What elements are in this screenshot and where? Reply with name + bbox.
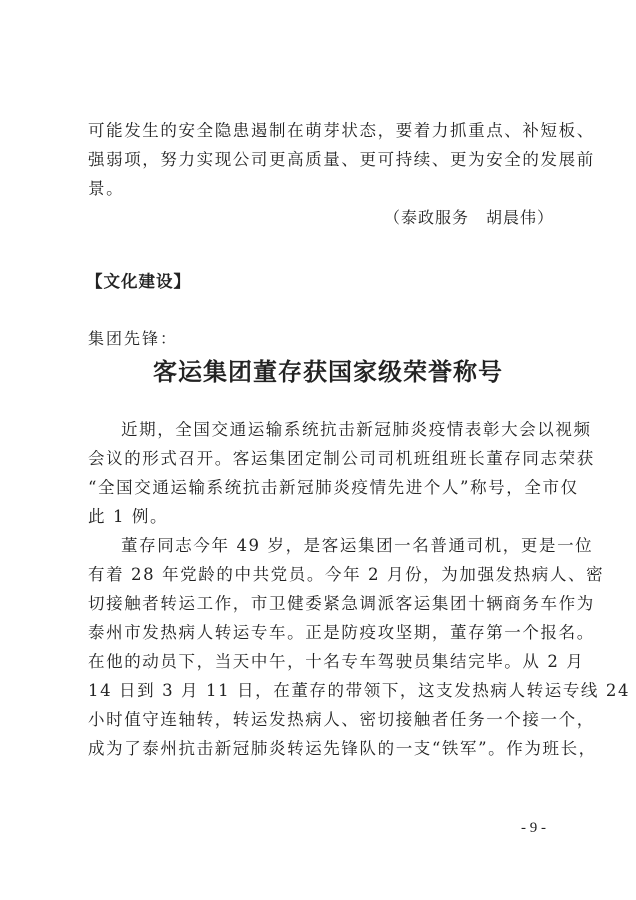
body-text-line: 可能发生的安全隐患遏制在萌芽状态，要着力抓重点、补短板、 [88, 116, 558, 145]
body-text-line: 会议的形式召开。客运集团定制公司司机班组班长董存同志荣获 [88, 444, 558, 473]
body-text-line: 泰州市发热病人转运专车。正是防疫攻坚期，董存第一个报名。 [88, 618, 558, 647]
body-text-line: 切接触者转运工作，市卫健委紧急调派客运集团十辆商务车作为 [88, 589, 558, 618]
body-text-line: 董存同志今年 49 岁，是客运集团一名普通司机，更是一位 [88, 531, 558, 560]
body-text-line: 强弱项，努力实现公司更高质量、更可持续、更为安全的发展前 [88, 145, 558, 174]
section-heading: 【文化建设】 [86, 268, 191, 292]
body-text-line: 此 1 例。 [88, 502, 558, 531]
body-text-line: 在他的动员下，当天中午，十名专车驾驶员集结完毕。从 2 月 [88, 647, 558, 676]
body-text-line: 景。 [88, 174, 558, 203]
article-kicker: 集团先锋： [88, 326, 178, 349]
body-text-line: 成为了泰州抗击新冠肺炎转运先锋队的一支“铁军”。作为班长， [88, 734, 558, 763]
body-text-line: “全国交通运输系统抗击新冠肺炎疫情先进个人”称号，全市仅 [88, 473, 558, 502]
body-text-line: 有着 28 年党龄的中共党员。今年 2 月份，为加强发热病人、密 [88, 560, 558, 589]
author-signature: （泰政服务 胡晨伟） [384, 203, 554, 232]
body-text-line: 近期，全国交通运输系统抗击新冠肺炎疫情表彰大会以视频 [88, 415, 558, 444]
body-text-line: 小时值守连轴转，转运发热病人、密切接触者任务一个接一个， [88, 705, 558, 734]
article-title: 客运集团董存获国家级荣誉称号 [0, 352, 636, 387]
body-text-line: 14 日到 3 月 11 日，在董存的带领下，这支发热病人转运专线 24 [88, 676, 558, 705]
page-number: - 9 - [521, 820, 546, 837]
